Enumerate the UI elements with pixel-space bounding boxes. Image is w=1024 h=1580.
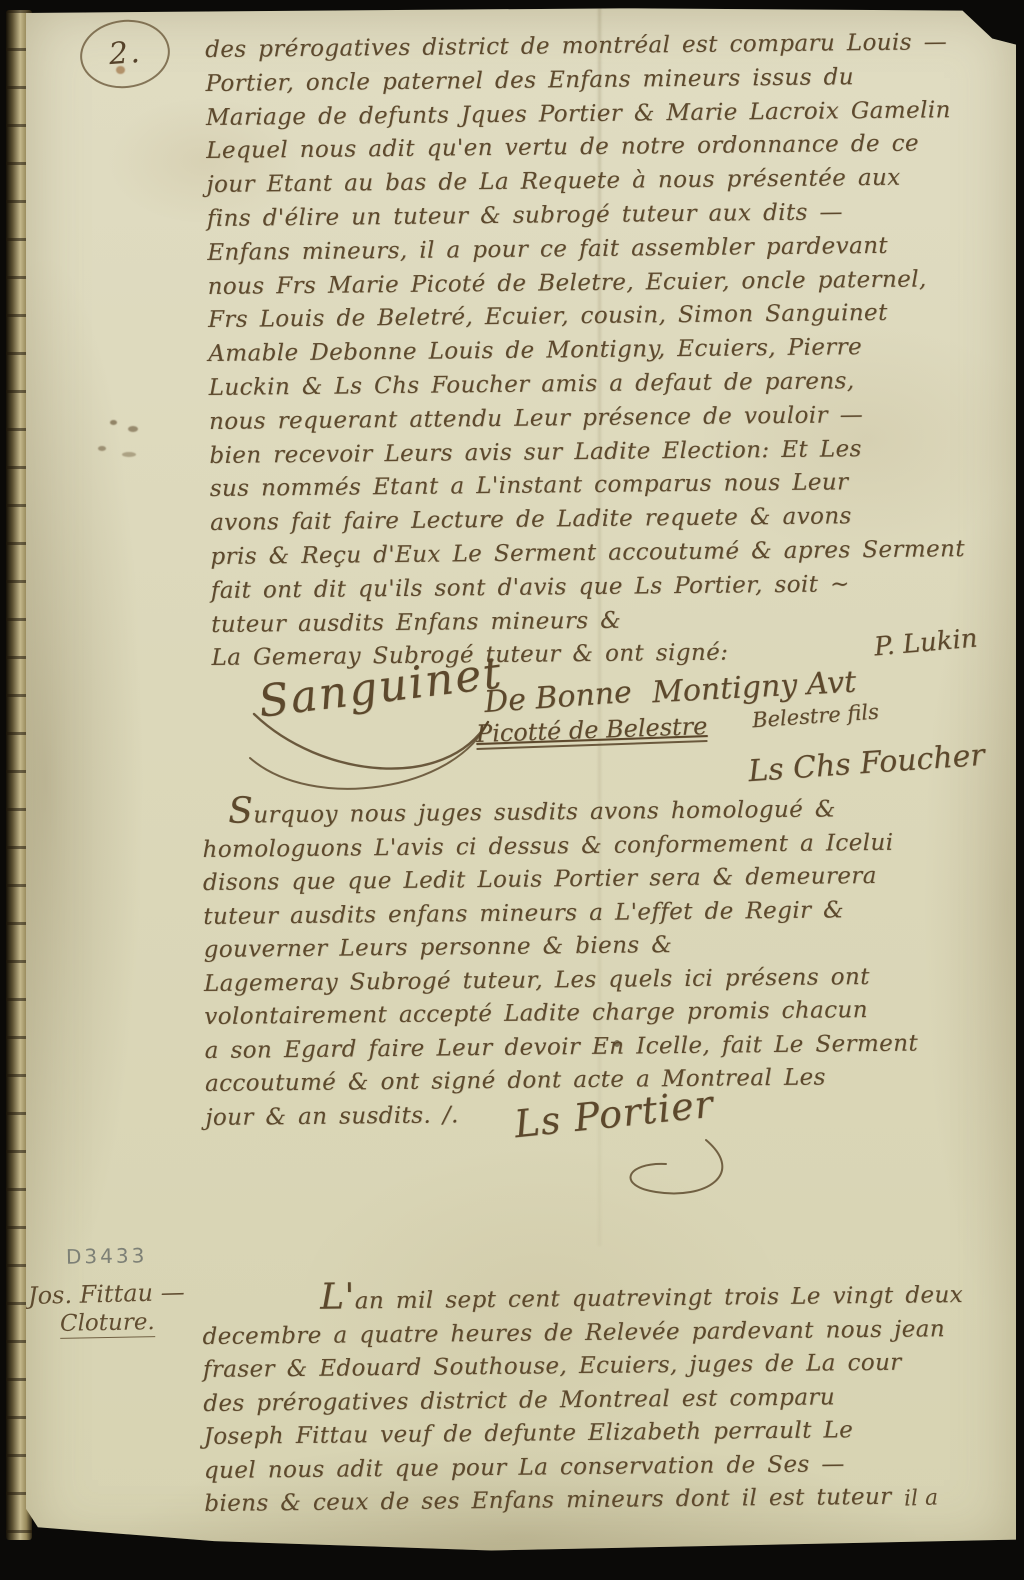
act-tutelle-text: des prérogatives district de montréal es… <box>205 26 966 676</box>
signature-debonne: De Bonne <box>483 675 633 720</box>
signature-belestre-fils: Belestre fils <box>751 700 879 733</box>
page-number: 2. <box>108 38 143 70</box>
act-cloture-text: L'an mil sept cent quatrevingt trois Le … <box>202 1274 965 1521</box>
ink-stain <box>98 446 106 451</box>
margin-note-name: Jos. Fittau — <box>28 1278 185 1310</box>
ink-stain <box>128 426 138 432</box>
manuscript-line: biens & ceux de ses Enfans mineurs dont … <box>204 1480 965 1521</box>
page-number-circle: 2. <box>76 15 174 93</box>
ink-stain <box>110 420 117 425</box>
catchword: il a <box>904 1485 939 1511</box>
signature-foucher: Ls Chs Foucher <box>747 738 986 789</box>
manuscript-page: 2. des prérogatives district de montréal… <box>26 6 1016 1552</box>
signature-flourish <box>586 1134 776 1204</box>
manuscript-line: Surquoy nous juges susdits avons homolog… <box>202 788 916 834</box>
ink-stain <box>122 452 136 457</box>
margin-note-cloture: Cloture. <box>60 1309 155 1339</box>
scan-area: 2. des prérogatives district de montréal… <box>0 0 1024 1580</box>
ink-stain <box>116 66 125 74</box>
act-homologation-text: Surquoy nous juges susdits avons homolog… <box>202 788 919 1135</box>
archival-number: D3433 <box>66 1243 148 1268</box>
scanned-manuscript: { "page": { "number": "2.", "colors": { … <box>0 0 1024 1580</box>
